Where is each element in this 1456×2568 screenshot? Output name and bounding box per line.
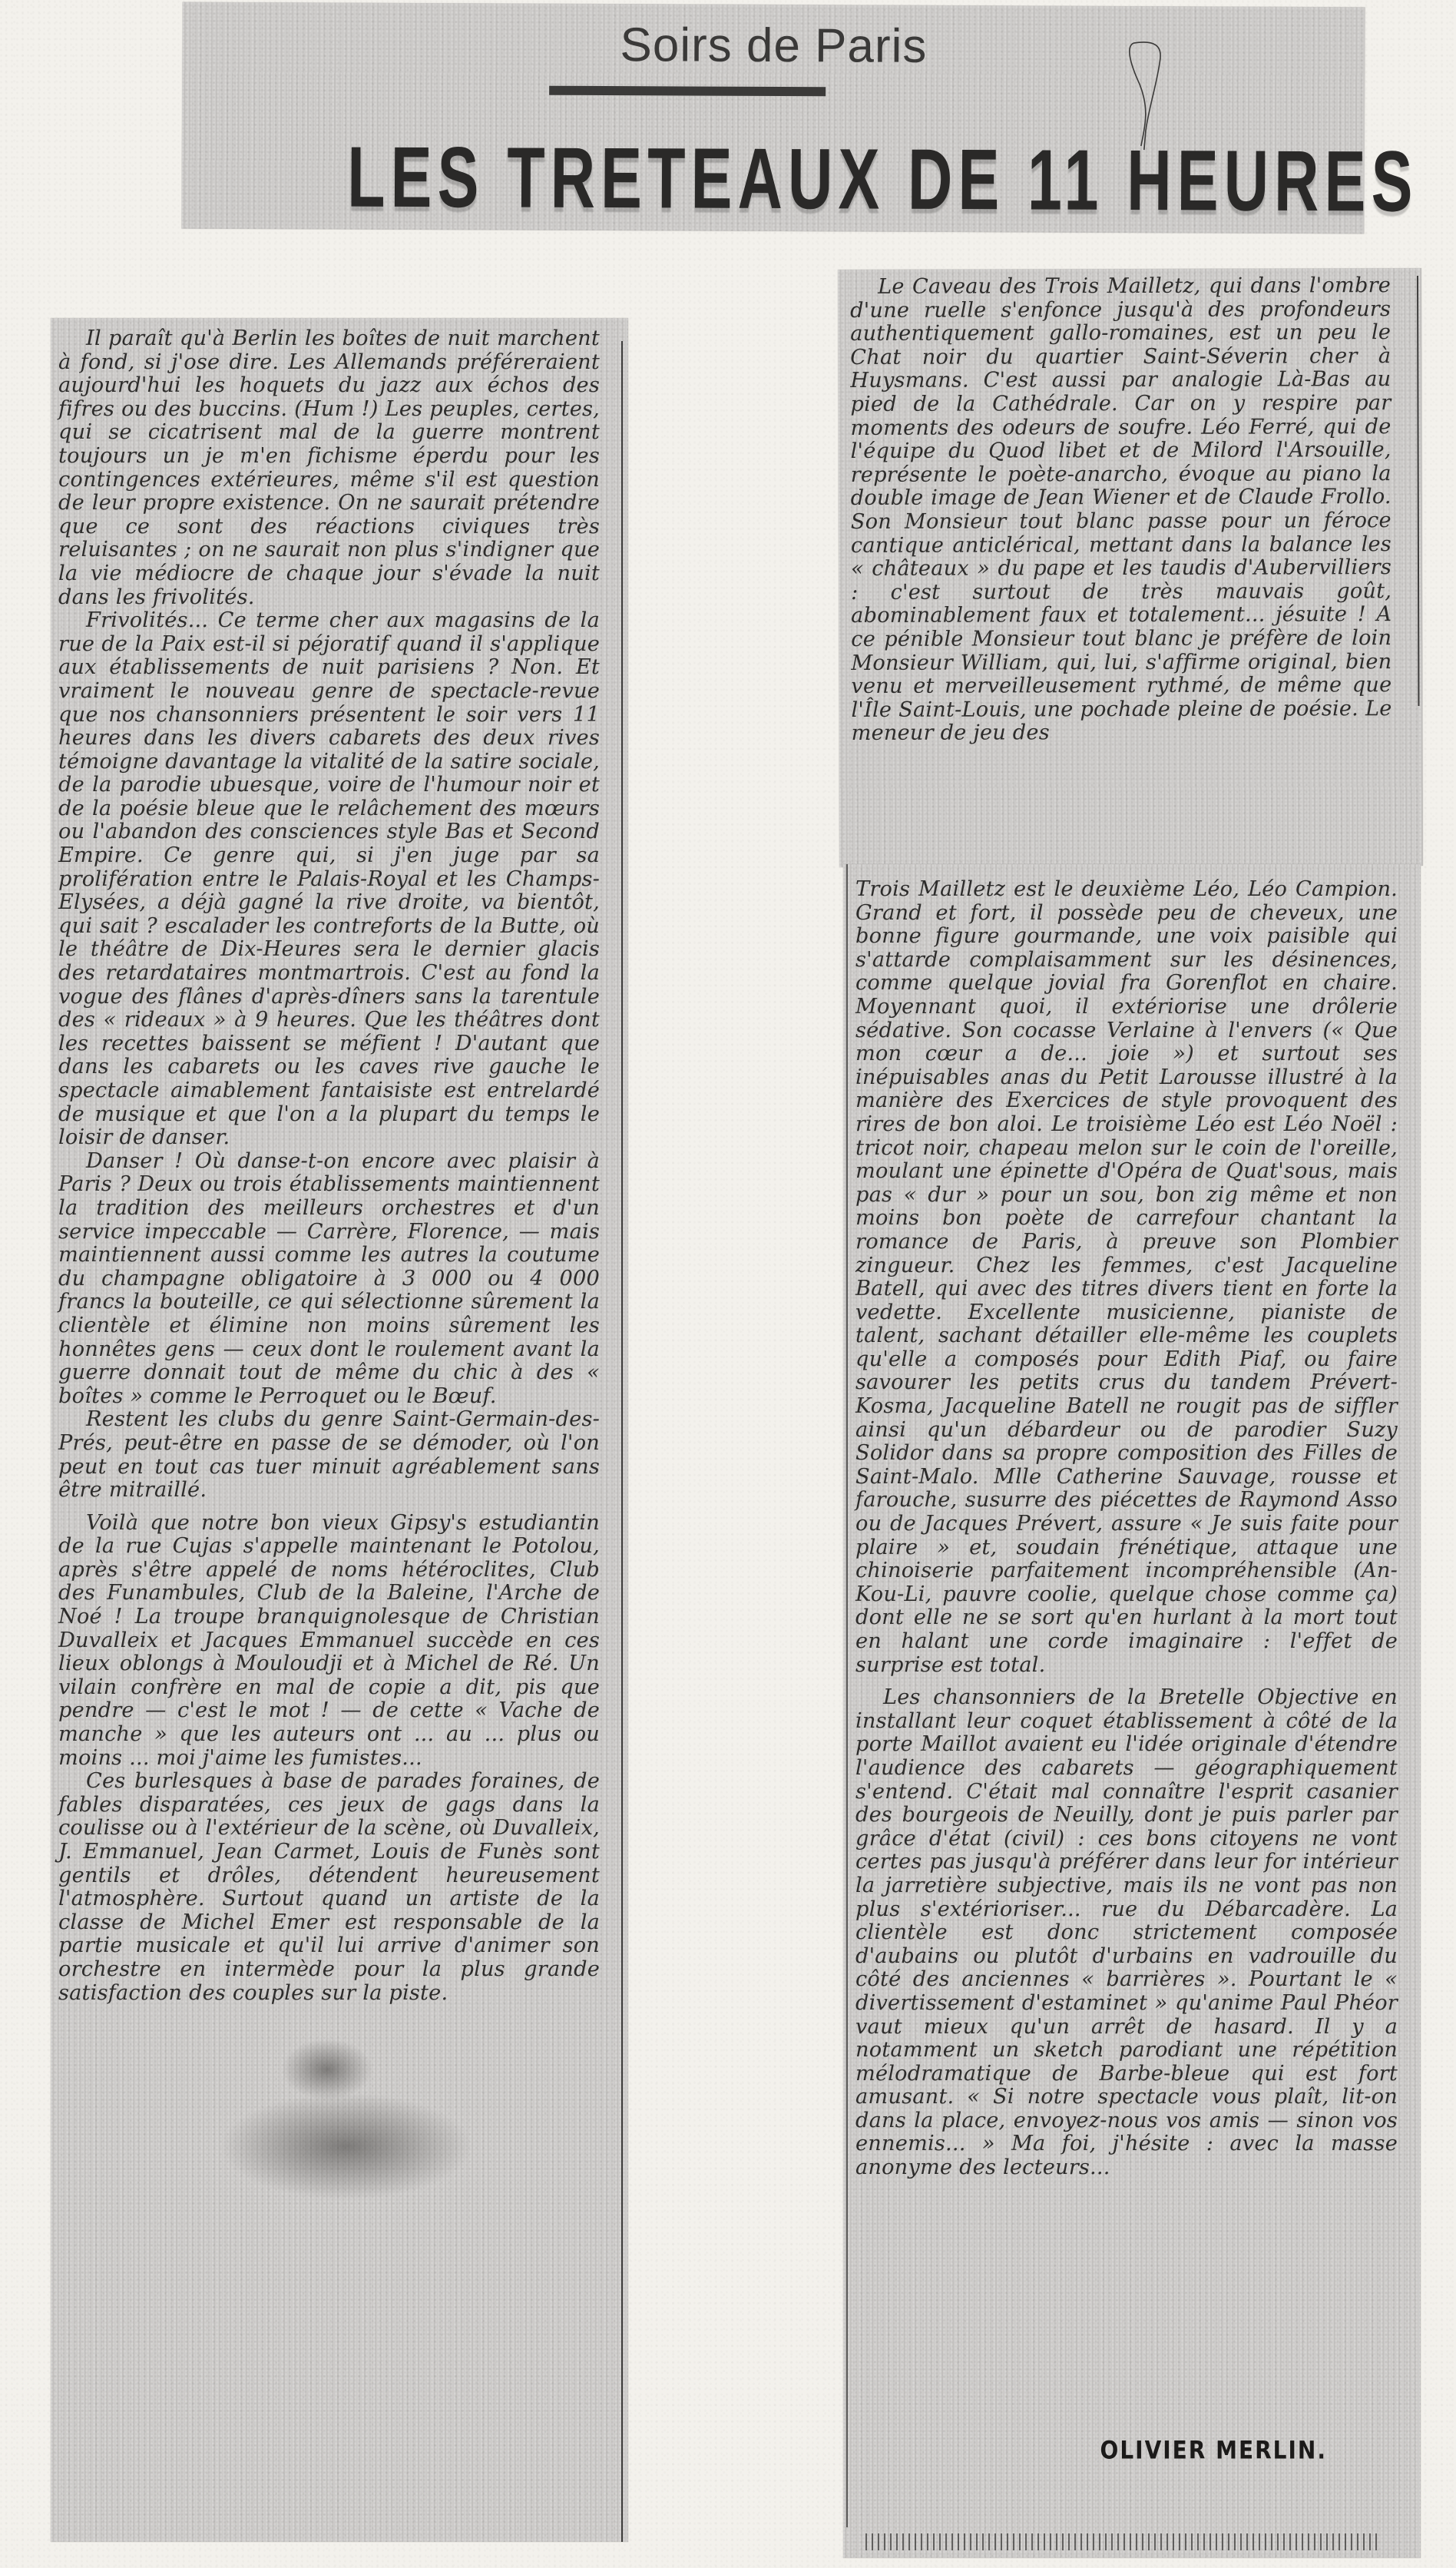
right-column-top-clipping: Le Caveau des Trois Mailletz, qui dans l… [838,268,1423,867]
left-column-text: Il paraît qu'à Berlin les boîtes de nuit… [58,327,600,2005]
ink-stain [281,2039,373,2100]
left-column-clipping: Il paraît qu'à Berlin les boîtes de nuit… [51,318,628,2542]
paragraph: Il paraît qu'à Berlin les boîtes de nuit… [58,327,600,609]
column-rule [621,341,623,2542]
author-signature: OLIVIER MERLIN. [1100,2436,1327,2465]
right-column-top-text: Le Caveau des Trois Mailletz, qui dans l… [850,274,1392,746]
paragraph: Frivolités... Ce terme cher aux magasins… [58,609,600,1150]
paragraph: Restent les clubs du genre Saint-Germain… [58,1408,600,1502]
paragraph: Ces burlesques à base de parades foraine… [58,1770,600,2005]
kicker-underline [549,86,826,97]
paragraph: Danser ! Où danse-t-on encore avec plais… [58,1150,600,1409]
article-headline: LES TRETEAUX DE 11 HEURES [347,128,1199,230]
paragraph: Trois Mailletz est le deuxième Léo, Léo … [855,878,1398,1677]
paragraph: Les chansonniers de la Bretelle Objectiv… [855,1686,1398,2179]
section-kicker: Soirs de Paris [182,16,1365,76]
column-edge-ticks [865,2533,1382,2550]
paragraph: Le Caveau des Trois Mailletz, qui dans l… [850,274,1392,746]
column-rule [846,864,848,2527]
column-rule [1417,276,1419,706]
right-column-bottom-text: Trois Mailletz est le deuxième Léo, Léo … [855,878,1398,2180]
paragraph: Voilà que notre bon vieux Gipsy's estudi… [58,1512,600,1771]
ink-stain [220,2093,473,2200]
right-column-bottom-clipping: Trois Mailletz est le deuxième Léo, Léo … [843,864,1421,2558]
headline-clipping: Soirs de Paris LES TRETEAUX DE 11 HEURES [181,2,1365,234]
